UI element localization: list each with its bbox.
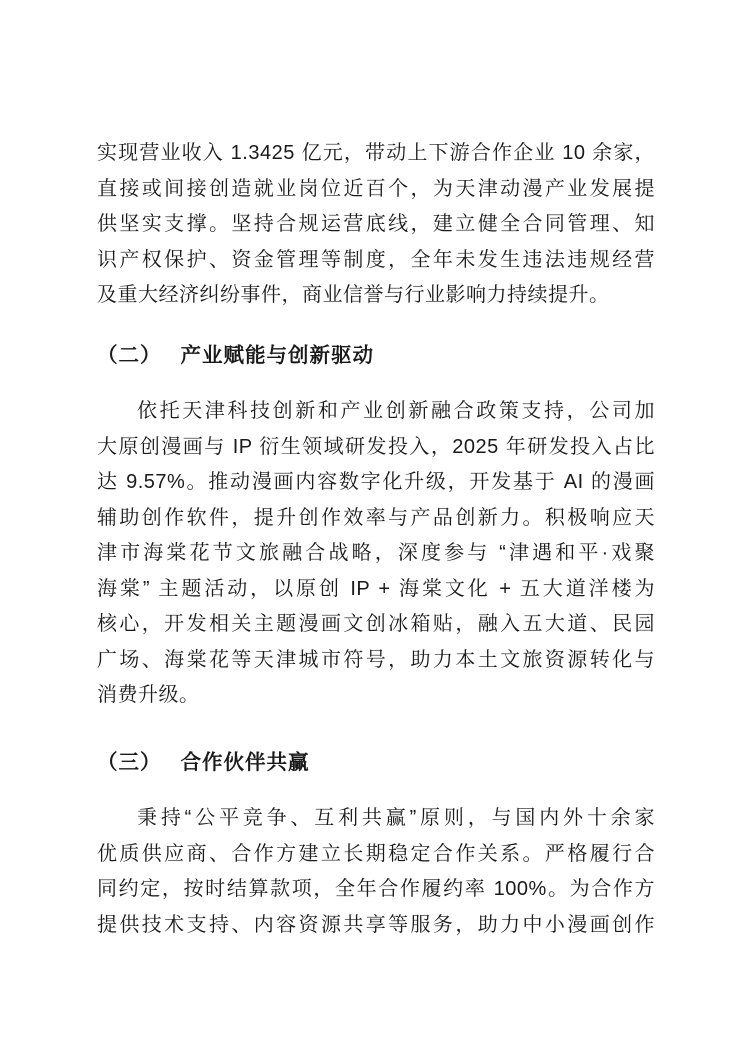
section-number: （三） [97, 751, 162, 774]
body-paragraph-3: 秉持“公平竞争、互利共赢”原则，与国内外十余家 优质供应商、合作方建立长期稳定合… [97, 801, 655, 943]
section-heading-2: （二）产业赋能与创新驱动 [97, 338, 655, 374]
text-line: 大原创漫画与 IP 衍生领域研发投入，2025 年研发投入占比 [97, 430, 655, 466]
text-line: 同约定，按时结算款项，全年合作履约率 100%。为合作方 [97, 872, 655, 908]
text-line: 辅助创作软件，提升创作效率与产品创新力。积极响应天 [97, 501, 655, 537]
text-line: 识产权保护、资金管理等制度，全年未发生违法违规经营 [97, 243, 655, 279]
text-line: 依托天津科技创新和产业创新融合政策支持，公司加 [97, 394, 655, 430]
section-title: 产业赋能与创新驱动 [181, 344, 375, 367]
section-heading-3: （三）合作伙伴共赢 [97, 745, 655, 781]
text-line: 优质供应商、合作方建立长期稳定合作关系。严格履行合 [97, 837, 655, 873]
body-paragraph-2: 依托天津科技创新和产业创新融合政策支持，公司加 大原创漫画与 IP 衍生领域研发… [97, 394, 655, 714]
text-line: 津市海棠花节文旅融合战略，深度参与 “津遇和平·戏聚 [97, 536, 655, 572]
text-line: 实现营业收入 1.3425 亿元，带动上下游合作企业 10 余家， [97, 136, 655, 172]
document-page: 实现营业收入 1.3425 亿元，带动上下游合作企业 10 余家， 直接或间接创… [0, 0, 750, 1061]
text-line: 广场、海棠花等天津城市符号，助力本土文旅资源转化与 [97, 643, 655, 679]
text-line: 直接或间接创造就业岗位近百个，为天津动漫产业发展提 [97, 172, 655, 208]
text-line: 达 9.57%。推动漫画内容数字化升级，开发基于 AI 的漫画 [97, 465, 655, 501]
text-line: 秉持“公平竞争、互利共赢”原则，与国内外十余家 [97, 801, 655, 837]
text-line: 及重大经济纠纷事件，商业信誉与行业影响力持续提升。 [97, 278, 655, 314]
body-paragraph-1: 实现营业收入 1.3425 亿元，带动上下游合作企业 10 余家， 直接或间接创… [97, 136, 655, 314]
section-number: （二） [97, 344, 162, 367]
text-line: 提供技术支持、内容资源共享等服务，助力中小漫画创作 [97, 908, 655, 944]
text-line: 海棠” 主题活动，以原创 IP + 海棠文化 + 五大道洋楼为 [97, 572, 655, 608]
text-line: 供坚实支撑。坚持合规运营底线，建立健全合同管理、知 [97, 207, 655, 243]
text-line: 核心，开发相关主题漫画文创冰箱贴，融入五大道、民园 [97, 607, 655, 643]
text-line: 消费升级。 [97, 678, 655, 714]
section-title: 合作伙伴共赢 [181, 751, 310, 774]
